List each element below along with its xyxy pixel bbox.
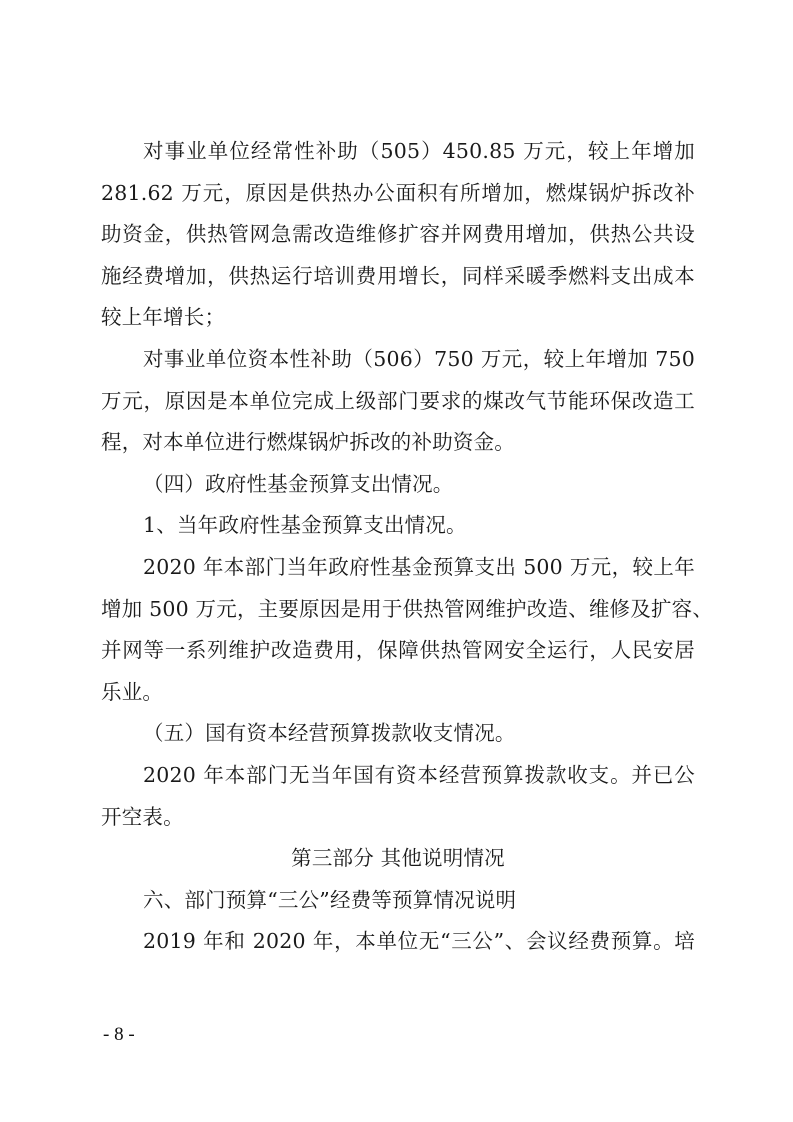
section-heading-6: 六、部门预算“三公”经费等预算情况说明 [101, 880, 695, 922]
paragraph-line: 开空表。 [101, 797, 695, 839]
document-body: 对事业单位经常性补助（505）450.85 万元，较上年增加 281.62 万元… [101, 131, 695, 963]
paragraph-line: 施经费增加，供热运行培训费用增长，同样采暖季燃料支出成本 [101, 256, 695, 298]
paragraph-line: 2019 年和 2020 年，本单位无“三公”、会议经费预算。培 [101, 921, 695, 963]
paragraph-line: 较上年增长； [101, 297, 695, 339]
paragraph-line: 增加 500 万元，主要原因是用于供热管网维护改造、维修及扩容、 [101, 589, 695, 631]
paragraph-line: 281.62 万元，原因是供热办公面积有所增加，燃煤锅炉拆改补 [101, 173, 695, 215]
paragraph-line: 并网等一系列维护改造费用，保障供热管网安全运行，人民安居 [101, 630, 695, 672]
paragraph-line: 万元，原因是本单位完成上级部门要求的煤改气节能环保改造工 [101, 381, 695, 423]
paragraph-line: 2020 年本部门当年政府性基金预算支出 500 万元，较上年 [101, 547, 695, 589]
paragraph-line: 2020 年本部门无当年国有资本经营预算拨款收支。并已公 [101, 755, 695, 797]
paragraph-line: 乐业。 [101, 672, 695, 714]
paragraph-line: 助资金，供热管网急需改造维修扩容并网费用增加，供热公共设 [101, 214, 695, 256]
section-heading-4: （四）政府性基金预算支出情况。 [101, 464, 695, 506]
paragraph-line: 对事业单位经常性补助（505）450.85 万元，较上年增加 [101, 131, 695, 173]
paragraph-line: 程，对本单位进行燃煤锅炉拆改的补助资金。 [101, 422, 695, 464]
subsection-heading-4-1: 1、当年政府性基金预算支出情况。 [101, 505, 695, 547]
paragraph-line: 对事业单位资本性补助（506）750 万元，较上年增加 750 [101, 339, 695, 381]
section-heading-5: （五）国有资本经营预算拨款收支情况。 [101, 713, 695, 755]
page-number: - 8 - [103, 1024, 135, 1046]
part-3-title: 第三部分 其他说明情况 [101, 838, 695, 880]
